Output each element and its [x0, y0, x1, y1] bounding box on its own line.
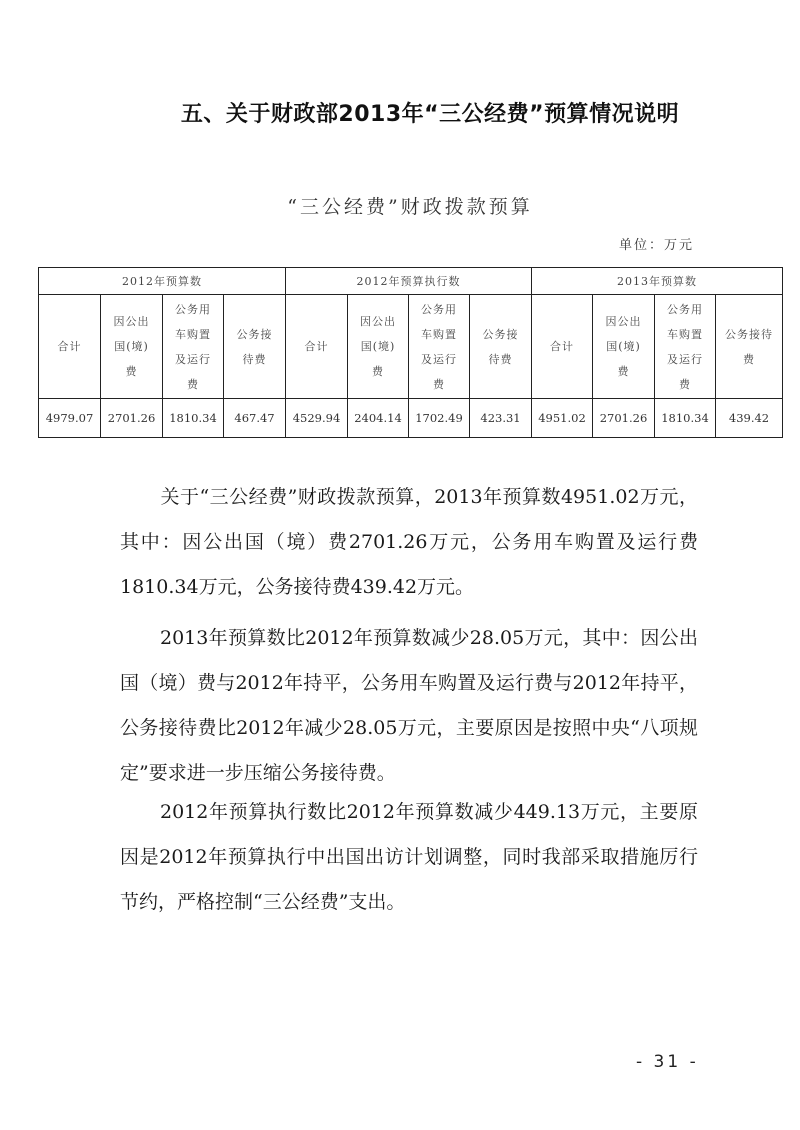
- table-cell: 1810.34: [655, 399, 716, 438]
- group-header-row: 2012年预算数 2012年预算执行数 2013年预算数: [39, 268, 783, 295]
- budget-table: 2012年预算数 2012年预算执行数 2013年预算数 合计 因公出国(境)费…: [38, 267, 783, 438]
- column-header: 公务接待费: [716, 295, 783, 399]
- column-header-row: 合计 因公出国(境)费 公务用车购置及运行费 公务接待费 合计 因公出国(境)费…: [39, 295, 783, 399]
- table-title: “三公经费”财政拨款预算: [0, 192, 800, 219]
- column-header: 合计: [39, 295, 101, 399]
- unit-label: 单位：万元: [619, 234, 694, 253]
- paragraph-3: 2012年预算执行数比2012年预算数减少449.13万元，主要原因是2012年…: [120, 790, 698, 925]
- column-header: 因公出国(境)费: [101, 295, 163, 399]
- column-header: 公务用车购置及运行费: [655, 295, 716, 399]
- column-header: 因公出国(境)费: [593, 295, 655, 399]
- table-cell: 4951.02: [532, 399, 593, 438]
- table-cell: 1810.34: [163, 399, 224, 438]
- table-cell: 423.31: [470, 399, 532, 438]
- column-header: 公务接待费: [470, 295, 532, 399]
- paragraph-text: 2013年预算数比2012年预算数减少28.05万元，其中：因公出国（境）费与2…: [120, 627, 698, 784]
- table-cell: 2701.26: [101, 399, 163, 438]
- table-cell: 2404.14: [348, 399, 409, 438]
- column-header: 公务用车购置及运行费: [409, 295, 470, 399]
- column-header: 因公出国(境)费: [348, 295, 409, 399]
- paragraph-2: 2013年预算数比2012年预算数减少28.05万元，其中：因公出国（境）费与2…: [120, 616, 698, 796]
- column-header: 公务用车购置及运行费: [163, 295, 224, 399]
- table-cell: 2701.26: [593, 399, 655, 438]
- column-header: 公务接待费: [224, 295, 286, 399]
- page-title: 五、关于财政部2013年“三公经费”预算情况说明: [0, 97, 800, 128]
- group-header: 2012年预算数: [39, 268, 286, 295]
- paragraph-1: 关于“三公经费”财政拨款预算，2013年预算数4951.02万元，其中：因公出国…: [120, 475, 698, 610]
- table-cell: 467.47: [224, 399, 286, 438]
- paragraph-text: 2012年预算执行数比2012年预算数减少449.13万元，主要原因是2012年…: [120, 801, 698, 913]
- column-header: 合计: [532, 295, 593, 399]
- page-number: - 31 -: [636, 1052, 699, 1072]
- paragraph-text: 关于“三公经费”财政拨款预算，2013年预算数4951.02万元，其中：因公出国…: [120, 486, 698, 598]
- table-row: 4979.07 2701.26 1810.34 467.47 4529.94 2…: [39, 399, 783, 438]
- table-cell: 439.42: [716, 399, 783, 438]
- table-cell: 4529.94: [286, 399, 348, 438]
- table-cell: 4979.07: [39, 399, 101, 438]
- group-header: 2013年预算数: [532, 268, 783, 295]
- table-cell: 1702.49: [409, 399, 470, 438]
- column-header: 合计: [286, 295, 348, 399]
- group-header: 2012年预算执行数: [286, 268, 532, 295]
